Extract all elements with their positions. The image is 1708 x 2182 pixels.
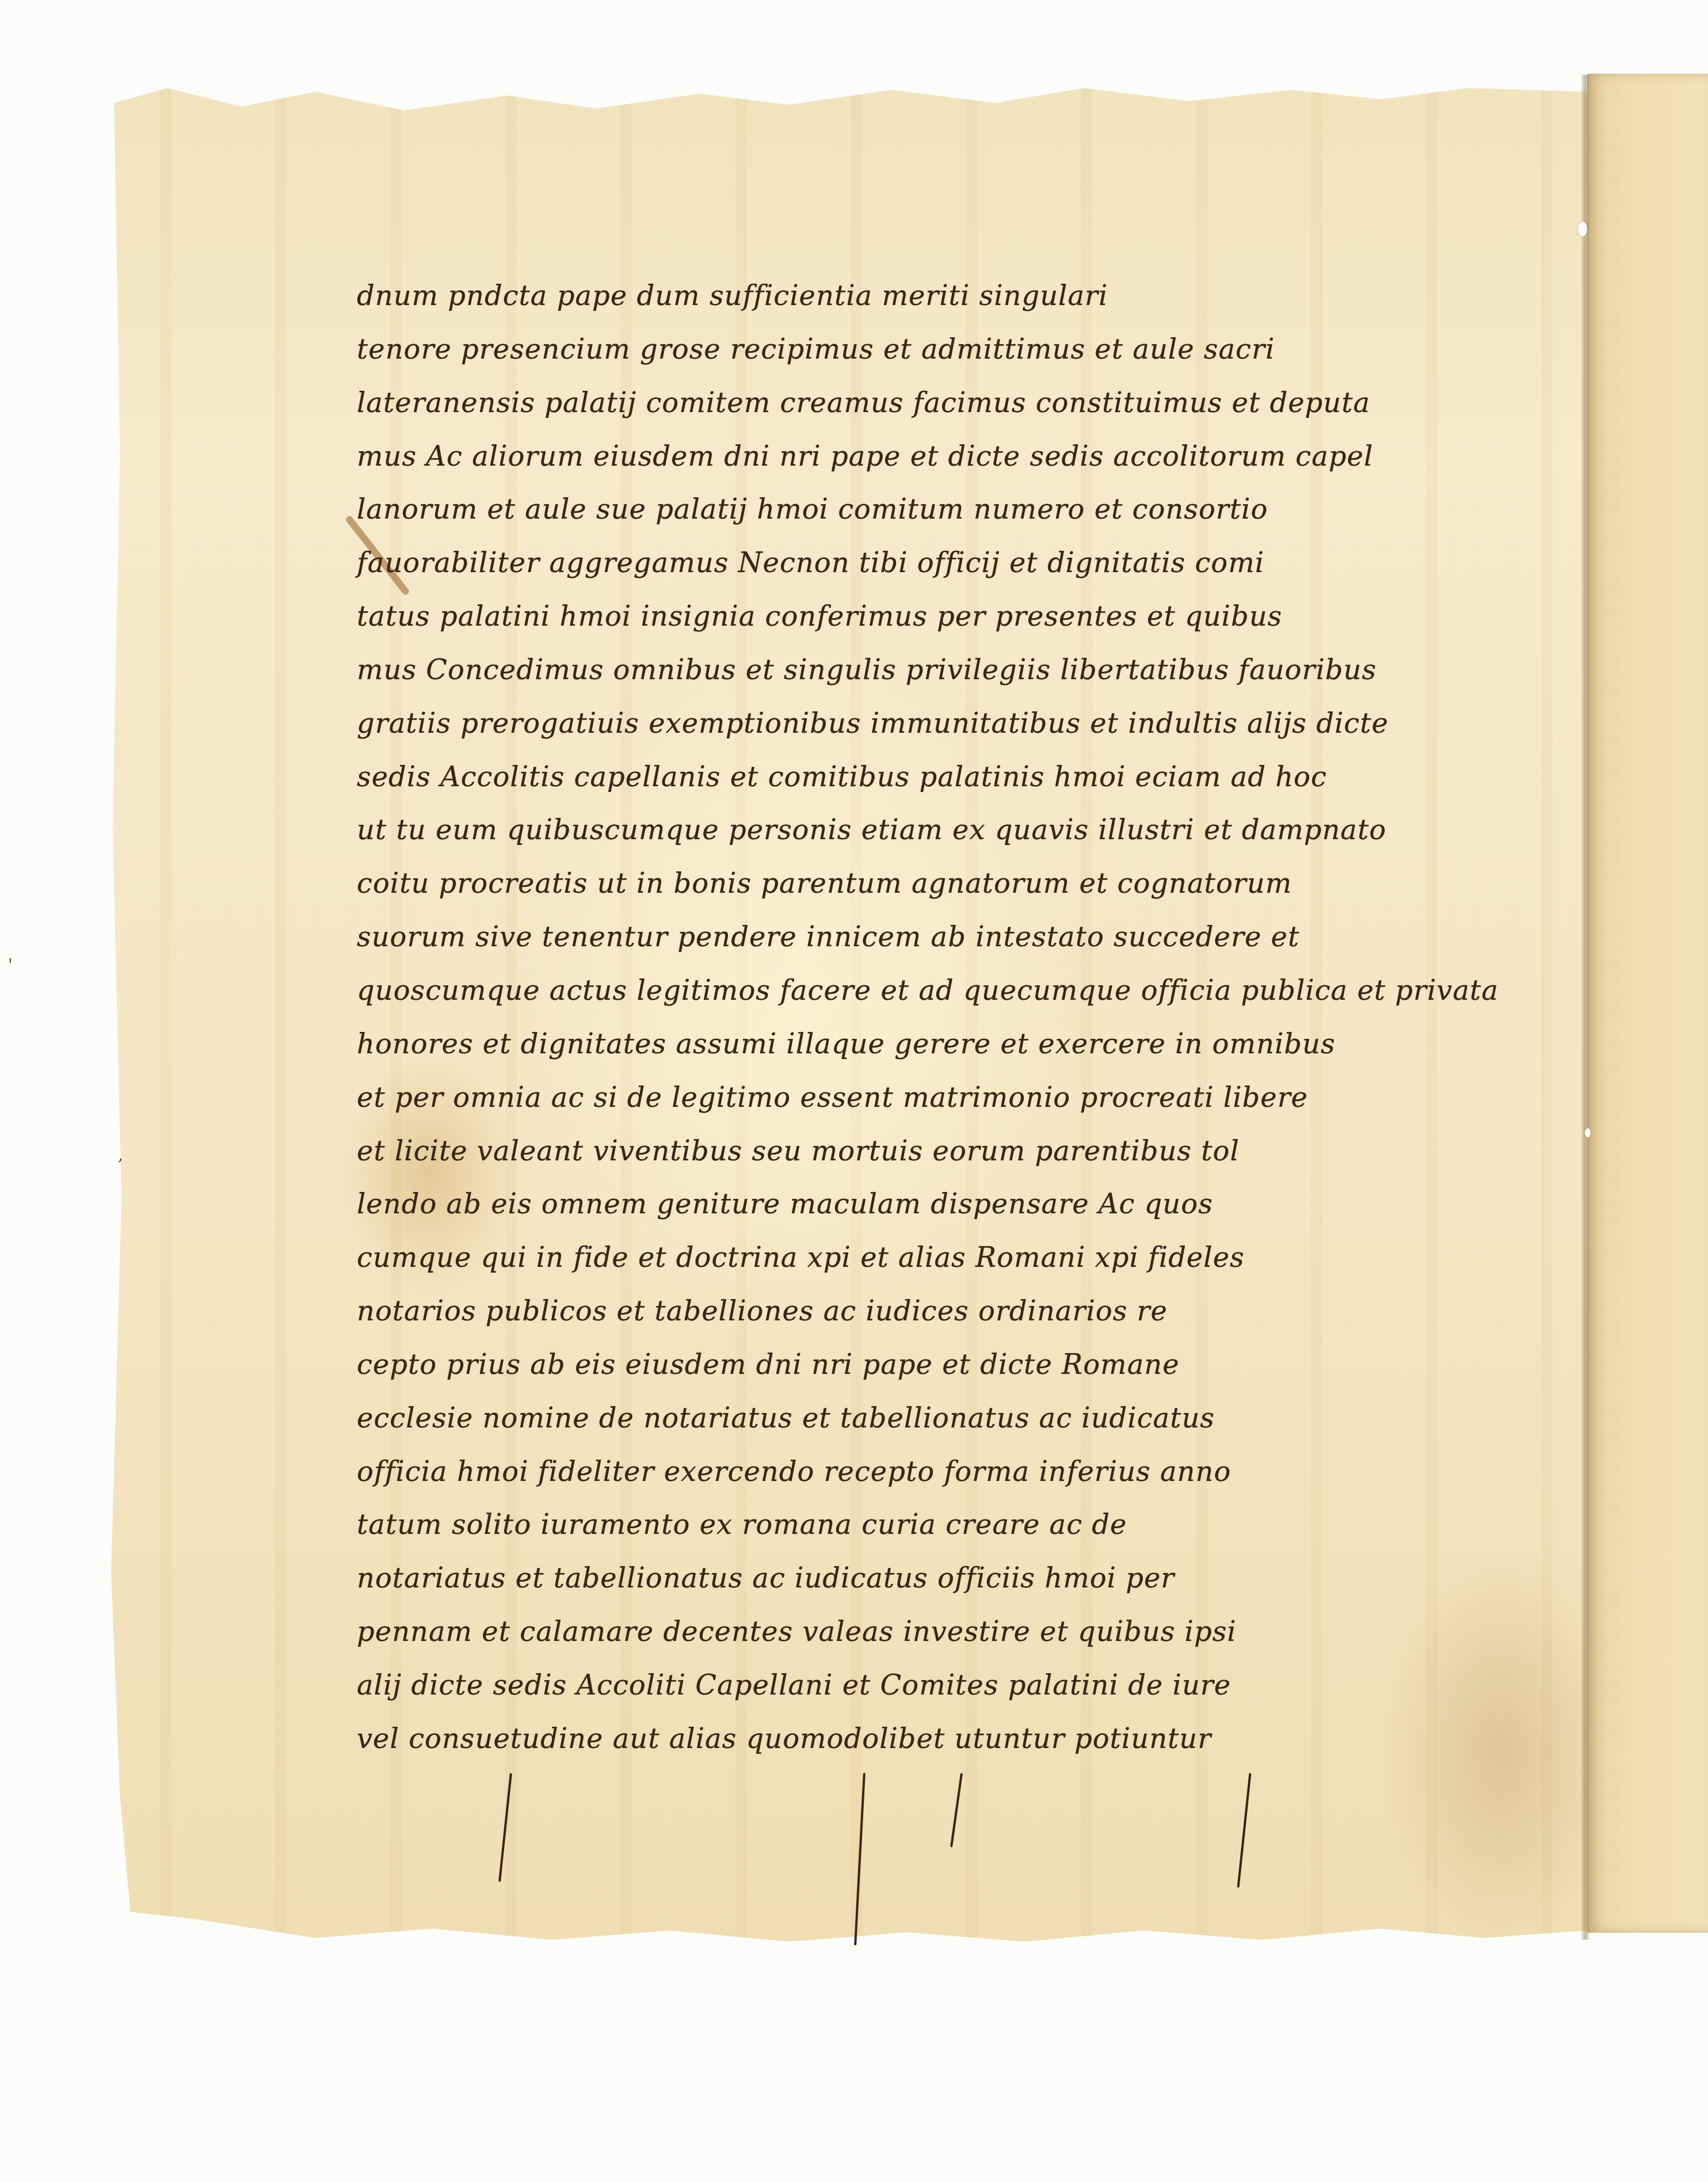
text-line: tenore presencium grose recipimus et adm… bbox=[357, 323, 1462, 376]
text-line: tatum solito iuramento ex romana curia c… bbox=[357, 1498, 1462, 1552]
text-line: vel consuetudine aut alias quomodolibet … bbox=[357, 1712, 1462, 1766]
text-line: quoscumque actus legitimos facere et ad … bbox=[357, 964, 1462, 1018]
text-line: officia hmoi fideliter exercendo recepto… bbox=[357, 1445, 1462, 1499]
text-line: gratiis prerogatiuis exemptionibus immun… bbox=[357, 697, 1462, 751]
text-line: et per omnia ac si de legitimo essent ma… bbox=[357, 1071, 1462, 1125]
text-line: fauorabiliter aggregamus Necnon tibi off… bbox=[357, 536, 1462, 590]
text-line: alij dicte sedis Accoliti Capellani et C… bbox=[357, 1659, 1462, 1712]
text-line: ut tu eum quibuscumque personis etiam ex… bbox=[357, 804, 1462, 857]
text-line: sedis Accolitis capellanis et comitibus … bbox=[357, 751, 1462, 804]
text-line: cepto prius ab eis eiusdem dni nri pape … bbox=[357, 1338, 1462, 1392]
text-line: coitu procreatis ut in bonis parentum ag… bbox=[357, 857, 1462, 911]
text-line: notariatus et tabellionatus ac iudicatus… bbox=[357, 1552, 1462, 1605]
text-line: mus Concedimus omnibus et singulis privi… bbox=[357, 643, 1462, 697]
binding-hole bbox=[1585, 1128, 1591, 1137]
text-line: ecclesie nomine de notariatus et tabelli… bbox=[357, 1392, 1462, 1445]
text-line: lateranensis palatij comitem creamus fac… bbox=[357, 376, 1462, 430]
facing-page-edge bbox=[1587, 74, 1708, 1933]
text-line: lanorum et aule sue palatij hmoi comitum… bbox=[357, 483, 1462, 536]
text-line: lendo ab eis omnem geniture maculam disp… bbox=[357, 1178, 1462, 1231]
text-line: pennam et calamare decentes valeas inves… bbox=[357, 1605, 1462, 1659]
binding-hole bbox=[1578, 222, 1587, 237]
page-fold bbox=[1581, 75, 1589, 1940]
text-line: tatus palatini hmoi insignia conferimus … bbox=[357, 590, 1462, 643]
text-line: notarios publicos et tabelliones ac iudi… bbox=[357, 1285, 1462, 1338]
text-line: cumque qui in fide et doctrina xpi et al… bbox=[357, 1231, 1462, 1285]
text-line: dnum pndcta pape dum sufficientia meriti… bbox=[357, 269, 1462, 323]
manuscript-text: dnum pndcta pape dum sufficientia meriti… bbox=[357, 269, 1462, 1766]
text-line: mus Ac aliorum eiusdem dni nri pape et d… bbox=[357, 430, 1462, 483]
text-line: suorum sive tenentur pendere innicem ab … bbox=[357, 911, 1462, 964]
text-line: et licite valeant viventibus seu mortuis… bbox=[357, 1125, 1462, 1178]
text-line: honores et dignitates assumi illaque ger… bbox=[357, 1018, 1462, 1071]
scan-speck: ' bbox=[8, 955, 13, 974]
margin-mark: , bbox=[118, 1145, 123, 1164]
